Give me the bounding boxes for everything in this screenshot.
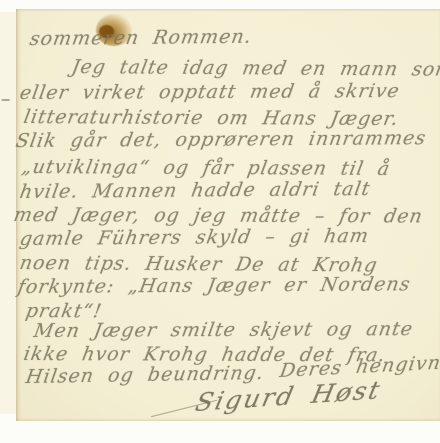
letter-line-11: forkynte: „Hans Jæger er Nordens bbox=[16, 273, 412, 298]
letter-line-3: eller virket opptatt med å skrive bbox=[18, 80, 401, 104]
letter-line-1: sommeren Rommen. bbox=[28, 26, 253, 50]
letter-line-9: gamle Führers skyld – gi ham bbox=[18, 225, 371, 250]
letter-line-8: med Jæger, og jeg måtte – for den bbox=[12, 204, 425, 227]
letter-line-4: litteraturhistorie om Hans Jæger. bbox=[22, 106, 401, 130]
letter-line-7: hvile. Mannen hadde aldri talt bbox=[18, 178, 372, 203]
letter-closing: Hilsen og beundring. bbox=[24, 362, 265, 388]
scanned-letter: – sommeren Rommen. Jeg talte idag med en… bbox=[0, 0, 440, 443]
letter-line-10: noen tips. Husker De at Krohg bbox=[18, 252, 380, 276]
letter-line-5: Slik går det, opprøreren innrammes i bbox=[14, 127, 440, 152]
letter-line-13: Men Jæger smilte skjevt og ante bbox=[32, 318, 415, 342]
letter-line-6: „utviklinga“ og får plassen til å bbox=[20, 156, 392, 180]
letter-line-2: Jeg talte idag med en mann som bbox=[70, 56, 440, 81]
